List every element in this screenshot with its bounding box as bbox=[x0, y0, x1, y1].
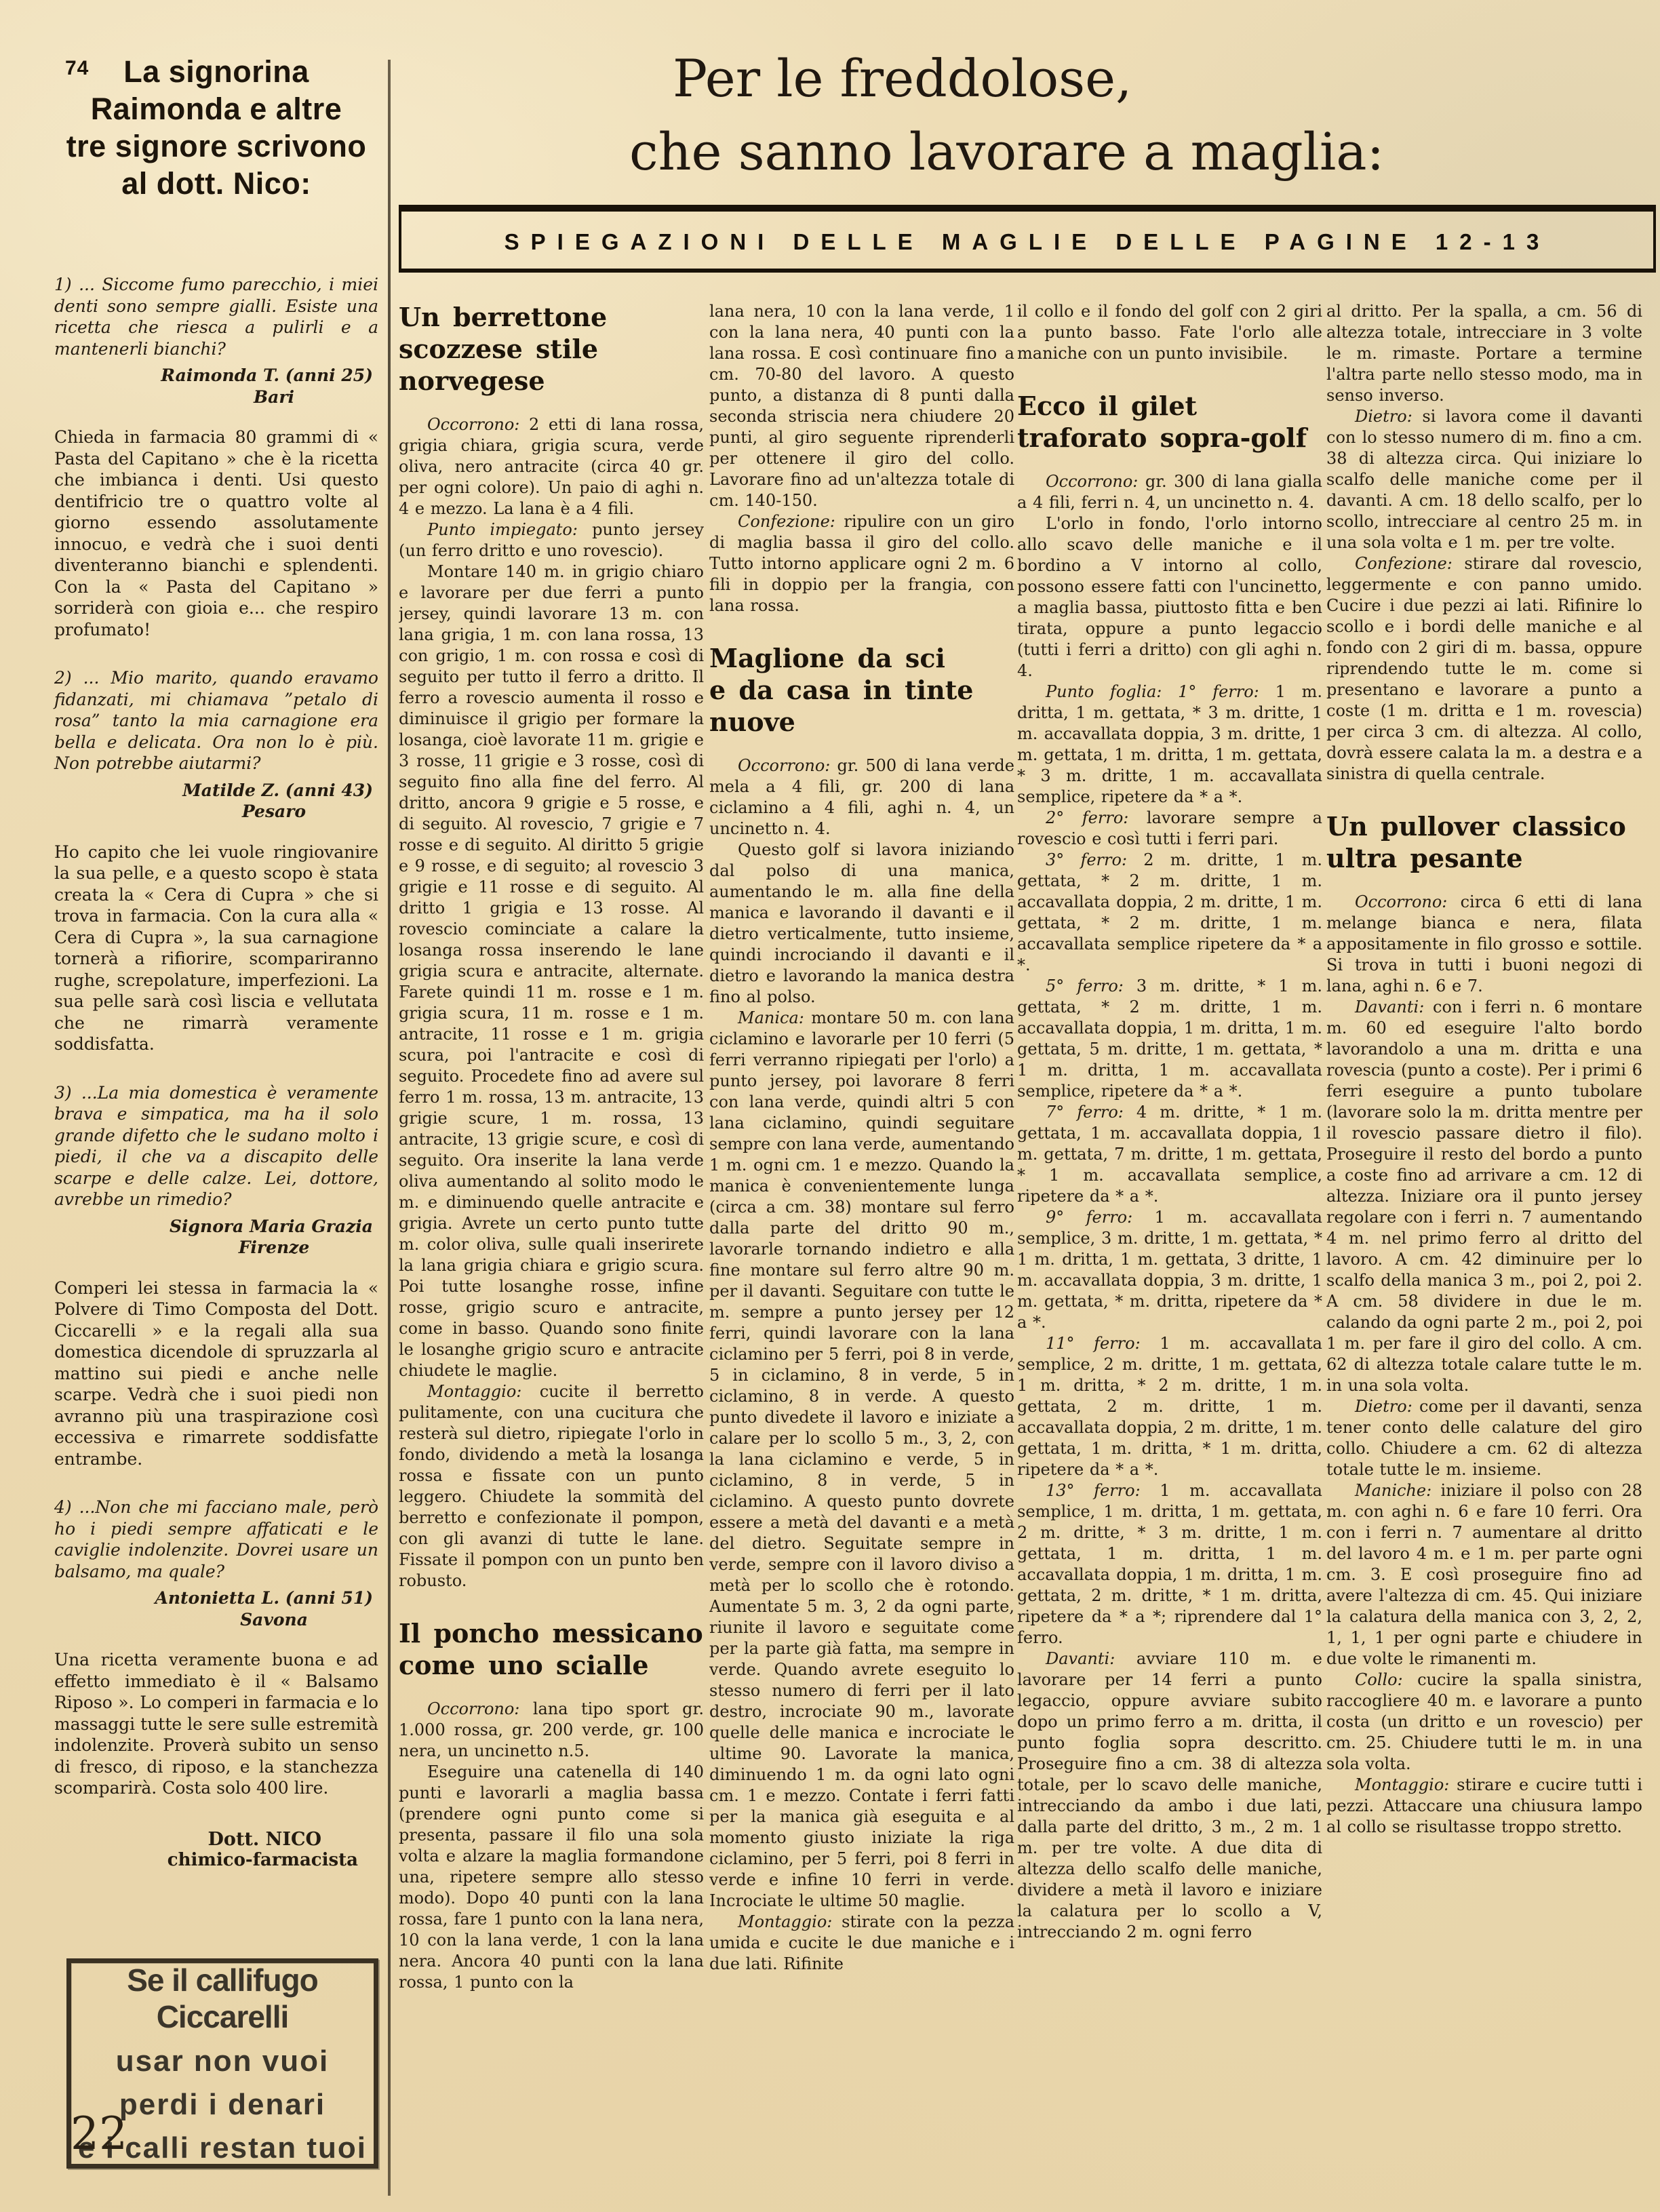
article-heading: Il poncho messicanocome uno scialle bbox=[399, 1617, 704, 1681]
article-paragraph: Manica: montare 50 m. con lana ciclamino… bbox=[709, 1008, 1014, 1912]
article-paragraph: Confezione: stirare dal rovescio, legger… bbox=[1326, 553, 1642, 785]
letter-signature: Antonietta L. (anni 51) bbox=[54, 1587, 378, 1609]
magazine-page: 74 La signorina Raimonda e altre tre sig… bbox=[0, 0, 1660, 2212]
letter-answer: Ho capito che lei vuole ringiovanire la … bbox=[54, 842, 378, 1055]
letter-question: 3) ...La mia domestica è veramente brava… bbox=[54, 1055, 378, 1210]
article-paragraph: Confezione: ripulire con un giro di magl… bbox=[709, 511, 1014, 616]
paragraph-lead: 3° ferro: bbox=[1046, 850, 1143, 869]
article-heading-line: come uno scialle bbox=[399, 1649, 704, 1681]
page-corner-number: 74 bbox=[65, 57, 89, 80]
page-number: 22 bbox=[71, 2108, 127, 2160]
article-paragraph: lana nera, 10 con la lana verde, 1 con l… bbox=[709, 301, 1014, 511]
closing-name: Dott. NICO bbox=[54, 1829, 378, 1851]
article-paragraph: Montaggio: stirare e cucire tutti i pezz… bbox=[1326, 1775, 1642, 1838]
paragraph-lead: Occorrono: bbox=[1046, 472, 1145, 491]
explanations-banner: SPIEGAZIONI DELLE MAGLIE DELLE PAGINE 12… bbox=[399, 205, 1656, 273]
letter-signature: Matilde Z. (anni 43) bbox=[54, 780, 378, 802]
article-column-3: il collo e il fondo del golf con 2 giri … bbox=[1017, 301, 1322, 2200]
paragraph-lead: Montaggio: bbox=[427, 1382, 540, 1401]
paragraph-lead: Punto impiegato: bbox=[427, 520, 592, 539]
article-column-4: al dritto. Per la spalla, a cm. 56 di al… bbox=[1326, 301, 1642, 2200]
article-paragraph: 11° ferro: 1 m. accavallata semplice, 2 … bbox=[1017, 1333, 1322, 1480]
article-heading-line: e da casa in tinte nuove bbox=[709, 674, 1014, 738]
paragraph-lead: Dietro: bbox=[1355, 1397, 1419, 1416]
article-paragraph: L'orlo in fondo, l'orlo intorno allo sca… bbox=[1017, 513, 1322, 682]
article-column-1: Un berrettonescozzese stile norvegeseOcc… bbox=[399, 301, 704, 2200]
ad-box-line: Se il callifugo Ciccarelli bbox=[71, 1962, 374, 2035]
paragraph-lead: 5° ferro: bbox=[1046, 976, 1137, 995]
article-paragraph: Punto foglia: 1° ferro: 1 m. dritta, 1 m… bbox=[1017, 682, 1322, 808]
article-paragraph: Questo golf si lavora iniziando dal pols… bbox=[709, 840, 1014, 1008]
main-title: Per le freddolose, che sanno lavorare a … bbox=[629, 42, 1384, 189]
article-column-2: lana nera, 10 con la lana verde, 1 con l… bbox=[709, 301, 1014, 2200]
advice-title-line: La signorina bbox=[54, 53, 378, 90]
letter-question: 4) ...Non che mi facciano male, però ho … bbox=[54, 1469, 378, 1582]
article-paragraph: Eseguire una catenella di 140 punti e la… bbox=[399, 1762, 704, 1993]
paragraph-lead: 2° ferro: bbox=[1046, 808, 1147, 827]
article-paragraph: Dietro: si lavora come il davanti con lo… bbox=[1326, 406, 1642, 553]
article-paragraph: Occorrono: gr. 300 di lana gialla a 4 fi… bbox=[1017, 471, 1322, 513]
article-paragraph: Maniche: iniziare il polso con 28 m. con… bbox=[1326, 1480, 1642, 1670]
letter-answer: Una ricetta veramente buona e ad effetto… bbox=[54, 1649, 378, 1799]
paragraph-lead: Montaggio: bbox=[738, 1912, 842, 1931]
article-heading: Un pullover classicoultra pesante bbox=[1326, 810, 1642, 874]
article-paragraph: 13° ferro: 1 m. accavallata semplice, 1 … bbox=[1017, 1480, 1322, 1648]
paragraph-lead: 11° ferro: bbox=[1046, 1334, 1160, 1353]
article-paragraph: il collo e il fondo del golf con 2 giri … bbox=[1017, 301, 1322, 364]
article-paragraph: Occorrono: gr. 500 di lana verde mela a … bbox=[709, 755, 1014, 840]
article-paragraph: Davanti: avviare 110 m. e lavorare per 1… bbox=[1017, 1648, 1322, 1943]
letter-question: 2) ... Mio marito, quando eravamo fidanz… bbox=[54, 640, 378, 774]
paragraph-lead: Montaggio: bbox=[1355, 1775, 1457, 1794]
letter-question: 1) ... Siccome fumo parecchio, i miei de… bbox=[54, 247, 378, 359]
main-title-line1: Per le freddolose, bbox=[673, 42, 1384, 115]
paragraph-lead: Occorrono: bbox=[738, 756, 837, 775]
article-paragraph: Dietro: come per il davanti, senza tener… bbox=[1326, 1396, 1642, 1480]
closing-role: chimico-farmacista bbox=[54, 1850, 378, 1872]
letters-list: 1) ... Siccome fumo parecchio, i miei de… bbox=[54, 247, 378, 1872]
paragraph-lead: Occorrono: bbox=[427, 415, 529, 434]
article-heading-line: Un pullover classico bbox=[1326, 810, 1642, 842]
paragraph-lead: Dietro: bbox=[1355, 407, 1422, 426]
article-paragraph: Montaggio: cucite il berretto pulitament… bbox=[399, 1381, 704, 1592]
paragraph-lead: Davanti: bbox=[1355, 998, 1433, 1016]
paragraph-lead: Collo: bbox=[1355, 1670, 1417, 1689]
letter-place: Pesaro bbox=[54, 801, 378, 823]
paragraph-lead: 13° ferro: bbox=[1046, 1481, 1160, 1500]
article-heading-line: Ecco il gilet bbox=[1017, 390, 1322, 422]
article-paragraph: Occorrono: 2 etti di lana rossa, grigia … bbox=[399, 414, 704, 519]
article-paragraph: 3° ferro: 2 m. dritte, 1 m. gettata, * 2… bbox=[1017, 850, 1322, 976]
paragraph-lead: Confezione: bbox=[1355, 554, 1464, 573]
letter-place: Bari bbox=[54, 387, 378, 408]
article-heading-line: Il poncho messicano bbox=[399, 1617, 704, 1649]
letter-place: Savona bbox=[54, 1609, 378, 1631]
paragraph-lead: Confezione: bbox=[738, 512, 844, 531]
article-paragraph: 2° ferro: lavorare sempre a rovescio e c… bbox=[1017, 808, 1322, 850]
paragraph-lead: Maniche: bbox=[1355, 1481, 1440, 1500]
article-heading: Ecco il gilettraforato sopra-golf bbox=[1017, 390, 1322, 454]
letter-place: Firenze bbox=[54, 1237, 378, 1259]
article-heading-line: ultra pesante bbox=[1326, 842, 1642, 874]
article-paragraph: Occorrono: circa 6 etti di lana melange … bbox=[1326, 892, 1642, 997]
paragraph-lead: Occorrono: bbox=[427, 1699, 533, 1718]
article-paragraph: 7° ferro: 4 m. dritte, * 1 m. gettata, 1… bbox=[1017, 1102, 1322, 1207]
article-paragraph: Punto impiegato: punto jersey (un ferro … bbox=[399, 519, 704, 561]
article-heading-line: scozzese stile norvegese bbox=[399, 333, 704, 397]
article-paragraph: Montare 140 m. in grigio chiaro e lavora… bbox=[399, 561, 704, 1381]
letter-answer: Chieda in farmacia 80 grammi di « Pasta … bbox=[54, 427, 378, 640]
column-divider-rule bbox=[388, 60, 391, 2196]
article-heading-line: Un berrettone bbox=[399, 301, 704, 333]
article-paragraph: Collo: cucire la spalla sinistra, raccog… bbox=[1326, 1670, 1642, 1775]
paragraph-lead: Occorrono: bbox=[1355, 892, 1461, 911]
paragraph-lead: 7° ferro: bbox=[1046, 1103, 1137, 1122]
article-paragraph: Occorrono: lana tipo sport gr. 1.000 ros… bbox=[399, 1699, 704, 1762]
article-paragraph: 5° ferro: 3 m. dritte, * 1 m. gettata, *… bbox=[1017, 976, 1322, 1102]
ad-box-line: usar non vuoi bbox=[71, 2045, 374, 2078]
paragraph-lead: 9° ferro: bbox=[1046, 1208, 1155, 1227]
article-paragraph: 9° ferro: 1 m. accavallata semplice, 3 m… bbox=[1017, 1207, 1322, 1333]
letter-signature: Raimonda T. (anni 25) bbox=[54, 365, 378, 387]
advice-title-line: tre signore scrivono bbox=[54, 127, 378, 165]
article-heading: Maglione da scie da casa in tinte nuove bbox=[709, 642, 1014, 738]
paragraph-lead: Manica: bbox=[738, 1008, 811, 1027]
letter-signature: Signora Maria Grazia bbox=[54, 1216, 378, 1238]
article-heading: Un berrettonescozzese stile norvegese bbox=[399, 301, 704, 397]
article-heading-line: Maglione da sci bbox=[709, 642, 1014, 674]
paragraph-lead: Davanti: bbox=[1046, 1649, 1137, 1668]
article-paragraph: Montaggio: stirate con la pezza umida e … bbox=[709, 1912, 1014, 1975]
letter-answer: Comperi lei stessa in farmacia la « Polv… bbox=[54, 1278, 378, 1470]
main-title-line2: che sanno lavorare a maglia: bbox=[629, 115, 1384, 189]
advice-title-line: Raimonda e altre bbox=[54, 90, 378, 127]
advice-title-line: al dott. Nico: bbox=[54, 165, 378, 202]
advice-column: 74 La signorina Raimonda e altre tre sig… bbox=[54, 53, 378, 1872]
article-paragraph: al dritto. Per la spalla, a cm. 56 di al… bbox=[1326, 301, 1642, 406]
article-heading-line: traforato sopra-golf bbox=[1017, 422, 1322, 454]
article-paragraph: Davanti: con i ferri n. 6 montare m. 60 … bbox=[1326, 997, 1642, 1396]
paragraph-lead: Punto foglia: 1° ferro: bbox=[1046, 682, 1276, 701]
advice-column-header: 74 La signorina Raimonda e altre tre sig… bbox=[54, 53, 378, 202]
